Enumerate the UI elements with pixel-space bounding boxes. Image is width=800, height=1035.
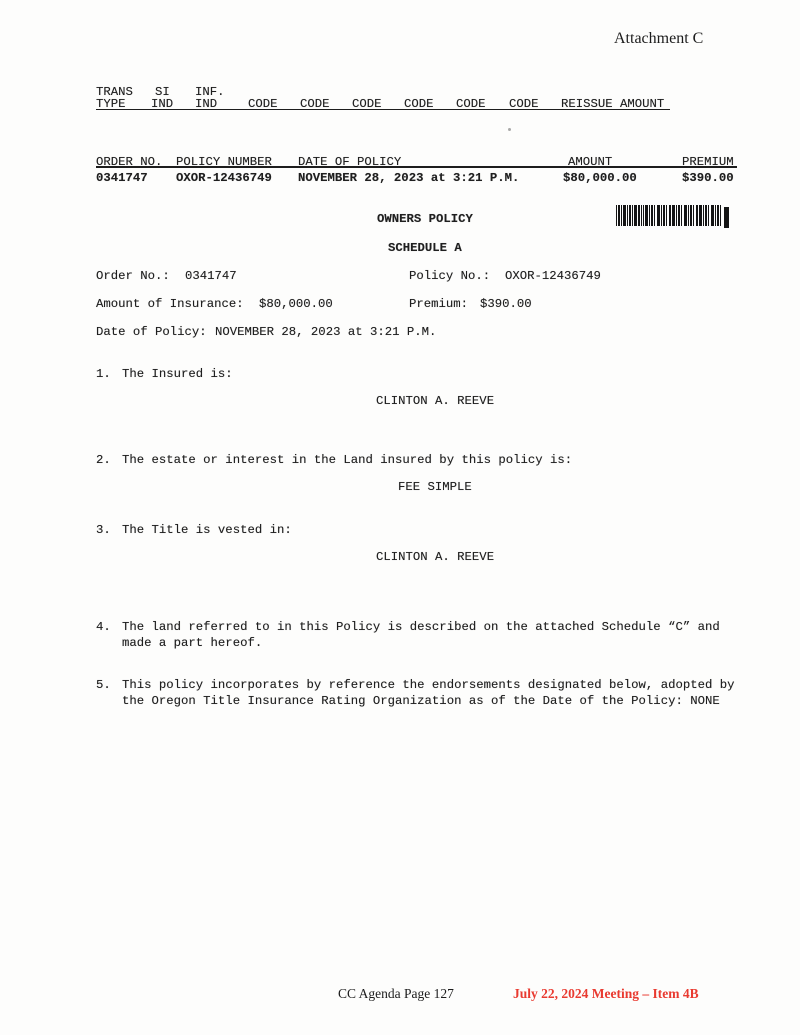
vested-name: CLINTON A. REEVE — [376, 549, 494, 565]
premium-cell: $390.00 — [682, 170, 734, 186]
order-no-cell: 0341747 — [96, 170, 148, 186]
insured-name: CLINTON A. REEVE — [376, 393, 494, 409]
policy-no-label: Policy No.: — [409, 268, 490, 284]
premium-label: Premium: — [409, 296, 468, 312]
item-number: 4. — [96, 619, 111, 635]
trans-table-underline — [96, 109, 670, 111]
item-number: 2. — [96, 452, 111, 468]
item-text-2: made a part hereof. — [122, 635, 262, 651]
item-text: The Title is vested in: — [122, 522, 292, 538]
amount-cell: $80,000.00 — [563, 170, 637, 186]
amount-label: Amount of Insurance: — [96, 296, 244, 312]
premium-value: $390.00 — [480, 296, 532, 312]
policy-no-value: OXOR-12436749 — [505, 268, 601, 284]
order-no-value: 0341747 — [185, 268, 237, 284]
document-page: Attachment C TRANS SI INF. TYPE IND IND … — [0, 0, 800, 1035]
schedule-title: SCHEDULE A — [388, 240, 462, 256]
item-text: This policy incorporates by reference th… — [122, 677, 735, 693]
amount-value: $80,000.00 — [259, 296, 333, 312]
page-title: OWNERS POLICY — [377, 211, 473, 227]
item-text: The estate or interest in the Land insur… — [122, 452, 572, 468]
item-number: 1. — [96, 366, 111, 382]
meeting-item-label: July 22, 2024 Meeting – Item 4B — [513, 986, 699, 1002]
date-of-policy-label: Date of Policy: — [96, 324, 207, 340]
item-number: 3. — [96, 522, 111, 538]
policy-table-underline — [96, 166, 737, 168]
estate-type: FEE SIMPLE — [398, 479, 472, 495]
item-text: The Insured is: — [122, 366, 233, 382]
item-text: The land referred to in this Policy is d… — [122, 619, 720, 635]
barcode-icon — [616, 205, 731, 228]
date-of-policy-cell: NOVEMBER 28, 2023 at 3:21 P.M. — [298, 170, 519, 186]
scan-artifact-dot — [508, 128, 511, 131]
agenda-page-number: CC Agenda Page 127 — [338, 986, 454, 1002]
item-number: 5. — [96, 677, 111, 693]
date-of-policy-value: NOVEMBER 28, 2023 at 3:21 P.M. — [215, 324, 436, 340]
item-text-2: the Oregon Title Insurance Rating Organi… — [122, 693, 720, 709]
order-no-label: Order No.: — [96, 268, 170, 284]
attachment-label: Attachment C — [614, 30, 703, 48]
policy-number-cell: OXOR-12436749 — [176, 170, 272, 186]
